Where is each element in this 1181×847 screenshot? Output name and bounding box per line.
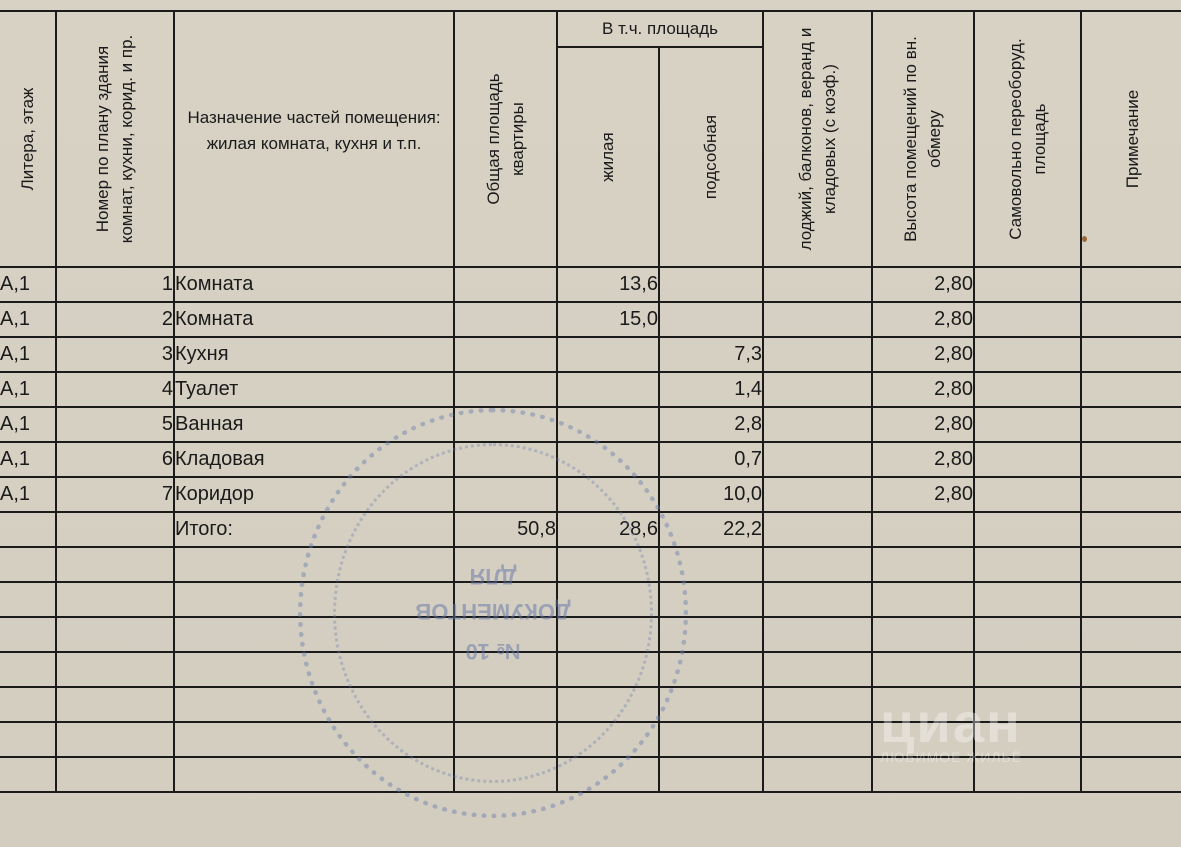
cell-purpose [174,757,454,792]
header-litera: Литера, этаж [0,11,56,267]
cell-note [1081,267,1181,302]
cell-auxiliary-area [659,722,763,757]
cell-purpose: Комната [174,267,454,302]
cell-living-area [557,372,659,407]
cell-litera [0,652,56,687]
cell-note [1081,687,1181,722]
cell-litera: А,1 [0,267,56,302]
cell-total-area [454,442,557,477]
table-row: А,16Кладовая0,72,80 [0,442,1181,477]
cell-number: 6 [56,442,174,477]
cell-unauthorized [974,722,1081,757]
cell-litera [0,547,56,582]
cell-purpose [174,547,454,582]
cell-total-area [454,547,557,582]
cell-total-area [454,757,557,792]
cell-litera [0,687,56,722]
empty-row [0,687,1181,722]
cell-total-area [454,302,557,337]
cell-auxiliary-area [659,652,763,687]
cell-total-area [454,372,557,407]
cell-total-area [454,582,557,617]
cell-living-area [557,442,659,477]
paper-stain [1082,236,1087,242]
cell-total-area [454,722,557,757]
cell-auxiliary-area [659,547,763,582]
cell-note [1081,547,1181,582]
cell-loggia-area [763,512,872,547]
empty-row [0,722,1181,757]
cell-loggia-area [763,407,872,442]
cell-living-area: 13,6 [557,267,659,302]
header-auxiliary: подсобная [659,47,763,267]
cell-height: 2,80 [872,267,974,302]
cell-loggia-area [763,722,872,757]
cell-litera: А,1 [0,372,56,407]
cell-purpose: Туалет [174,372,454,407]
table-row: А,15Ванная2,82,80 [0,407,1181,442]
cell-number [56,547,174,582]
cell-litera [0,617,56,652]
cell-living-area [557,547,659,582]
cell-total-area [454,407,557,442]
cell-number [56,652,174,687]
cell-loggia-area [763,757,872,792]
cell-living-area [557,757,659,792]
cell-purpose: Ванная [174,407,454,442]
cell-height [872,547,974,582]
cell-loggia-area [763,442,872,477]
cell-note [1081,617,1181,652]
cell-unauthorized [974,652,1081,687]
cell-height: 2,80 [872,337,974,372]
cell-number [56,722,174,757]
cell-unauthorized [974,687,1081,722]
cell-auxiliary-area: 1,4 [659,372,763,407]
cell-auxiliary-area: 7,3 [659,337,763,372]
table-row: А,13Кухня7,32,80 [0,337,1181,372]
cell-litera [0,757,56,792]
cell-auxiliary-area [659,267,763,302]
cell-number [56,757,174,792]
cell-unauthorized [974,442,1081,477]
empty-row [0,757,1181,792]
cell-unauthorized [974,547,1081,582]
cell-loggia-area [763,372,872,407]
cell-height: 2,80 [872,407,974,442]
cell-height [872,757,974,792]
cell-note [1081,337,1181,372]
cell-living-area [557,617,659,652]
cell-height [872,722,974,757]
header-unauthorized: Самовольно переоборуд. площадь [974,11,1081,267]
cell-litera [0,582,56,617]
cell-auxiliary-area: 2,8 [659,407,763,442]
cell-total-area [454,337,557,372]
header-incl-area: В т.ч. площадь [557,11,763,47]
cell-purpose [174,617,454,652]
cell-number: 3 [56,337,174,372]
header-note: Примечание [1081,11,1181,267]
cell-purpose: Коридор [174,477,454,512]
cell-note [1081,757,1181,792]
cell-height [872,652,974,687]
cell-height: 2,80 [872,302,974,337]
cell-number [56,512,174,547]
cell-purpose [174,652,454,687]
cell-loggia-area [763,477,872,512]
cell-purpose [174,687,454,722]
cell-auxiliary-area [659,687,763,722]
cell-auxiliary-area [659,757,763,792]
cell-litera: А,1 [0,337,56,372]
cell-height [872,512,974,547]
cell-note [1081,722,1181,757]
cell-unauthorized [974,582,1081,617]
cell-living-area [557,722,659,757]
cell-height: 2,80 [872,477,974,512]
header-purpose: Назначение частей помещения: жилая комна… [174,11,454,267]
cell-living-area [557,582,659,617]
empty-row [0,582,1181,617]
cell-loggia-area [763,547,872,582]
table-body: А,11Комната13,62,80А,12Комната15,02,80А,… [0,267,1181,792]
cell-purpose [174,582,454,617]
cell-living-area: 28,6 [557,512,659,547]
cell-loggia-area [763,267,872,302]
header-number: Номер по плану здания комнат, кухни, кор… [56,11,174,267]
cell-loggia-area [763,652,872,687]
cell-living-area [557,687,659,722]
cell-auxiliary-area: 10,0 [659,477,763,512]
cell-loggia-area [763,337,872,372]
total-row: Итого:50,828,622,2 [0,512,1181,547]
cell-loggia-area [763,617,872,652]
cell-height [872,582,974,617]
cell-height: 2,80 [872,442,974,477]
header-total-area: Общая площадь квартиры [454,11,557,267]
cell-height: 2,80 [872,372,974,407]
cell-total-area [454,652,557,687]
cell-number [56,687,174,722]
table-row: А,12Комната15,02,80 [0,302,1181,337]
cell-height [872,617,974,652]
cell-purpose: Кладовая [174,442,454,477]
cell-auxiliary-area [659,617,763,652]
table-row: А,17Коридор10,02,80 [0,477,1181,512]
cell-number: 5 [56,407,174,442]
cell-note [1081,302,1181,337]
cell-note [1081,652,1181,687]
cell-loggia-area [763,582,872,617]
cell-loggia-area [763,302,872,337]
cell-total-area: 50,8 [454,512,557,547]
cell-purpose: Итого: [174,512,454,547]
cell-number [56,617,174,652]
cell-note [1081,582,1181,617]
cell-loggia-area [763,687,872,722]
header-living: жилая [557,47,659,267]
empty-row [0,617,1181,652]
cell-number: 2 [56,302,174,337]
cell-unauthorized [974,302,1081,337]
cell-auxiliary-area: 22,2 [659,512,763,547]
cell-number [56,582,174,617]
cell-auxiliary-area [659,582,763,617]
cell-total-area [454,267,557,302]
cell-living-area [557,337,659,372]
cell-unauthorized [974,337,1081,372]
cell-total-area [454,617,557,652]
cell-living-area [557,652,659,687]
cell-litera: А,1 [0,442,56,477]
cell-unauthorized [974,477,1081,512]
cell-litera: А,1 [0,302,56,337]
cell-unauthorized [974,617,1081,652]
cell-living-area [557,477,659,512]
cell-unauthorized [974,512,1081,547]
cell-auxiliary-area [659,302,763,337]
cell-unauthorized [974,267,1081,302]
cell-purpose: Кухня [174,337,454,372]
cell-note [1081,512,1181,547]
cell-litera: А,1 [0,407,56,442]
cell-note [1081,407,1181,442]
cell-number: 4 [56,372,174,407]
cell-litera: А,1 [0,477,56,512]
cell-height [872,687,974,722]
cell-total-area [454,477,557,512]
cell-unauthorized [974,407,1081,442]
cell-auxiliary-area: 0,7 [659,442,763,477]
empty-row [0,652,1181,687]
cell-unauthorized [974,372,1081,407]
cell-purpose: Комната [174,302,454,337]
cell-unauthorized [974,757,1081,792]
cell-litera [0,512,56,547]
cell-number: 1 [56,267,174,302]
cell-number: 7 [56,477,174,512]
cell-living-area [557,407,659,442]
cell-note [1081,477,1181,512]
cell-litera [0,722,56,757]
empty-row [0,547,1181,582]
cell-note [1081,372,1181,407]
cell-purpose [174,722,454,757]
header-loggia: лоджий, балконов, веранд и кладовых (с к… [763,11,872,267]
table-row: А,11Комната13,62,80 [0,267,1181,302]
cell-total-area [454,687,557,722]
header-height: Высота помещений по вн. обмеру [872,11,974,267]
table-row: А,14Туалет1,42,80 [0,372,1181,407]
cell-living-area: 15,0 [557,302,659,337]
explication-table: Литера, этаж Номер по плану здания комна… [0,10,1181,793]
cell-note [1081,442,1181,477]
